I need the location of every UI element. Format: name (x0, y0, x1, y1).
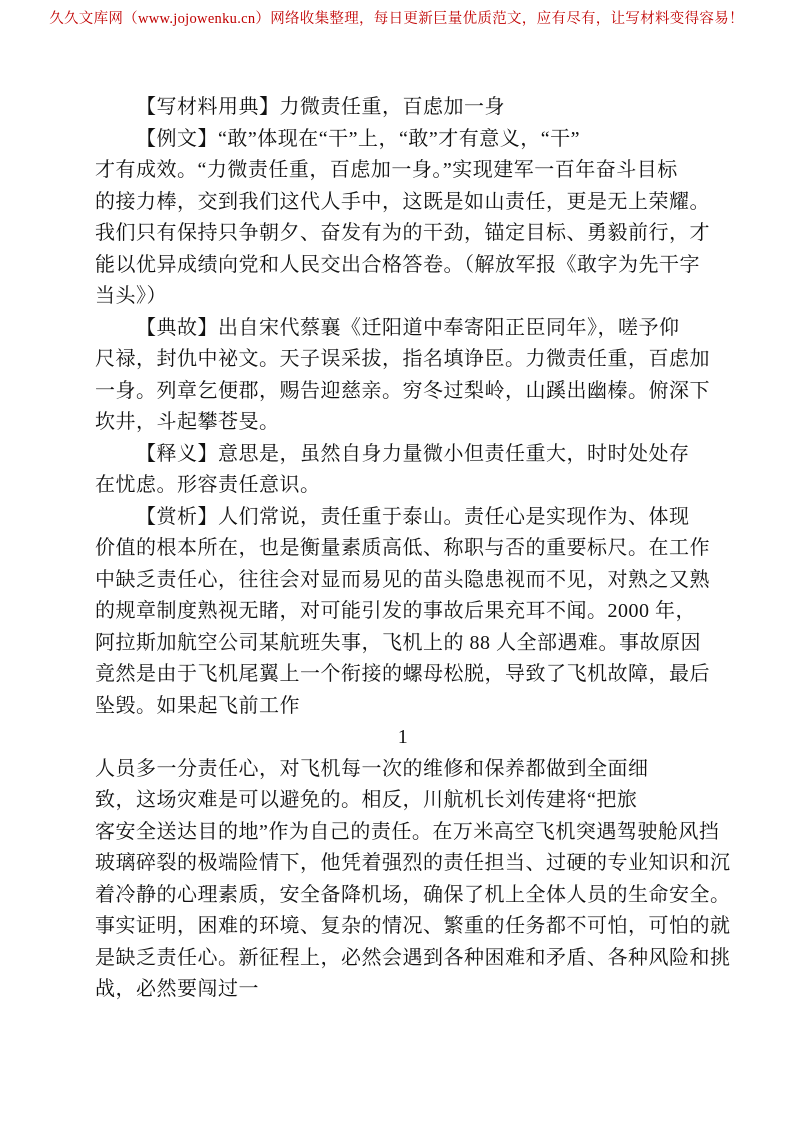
text-line: 的接力棒，交到我们这代人手中，这既是如山责任，更是无上荣耀。 (95, 187, 711, 219)
text-line: 的规章制度熟视无睹，对可能引发的事故后果充耳不闻。2000 年， (95, 596, 711, 628)
text-line: 着冷静的心理素质，安全备降机场，确保了机上全体人员的生命安全。 (95, 880, 711, 912)
text-line: 【典故】出自宋代蔡襄《迁阳道中奉寄阳正臣同年》，嗟予仰 (95, 313, 711, 345)
site-header-watermark: 久久文库网（www.jojowenku.cn）网络收集整理，每日更新巨量优质范文… (0, 7, 793, 28)
text-line: 竟然是由于飞机尾翼上一个衔接的螺母松脱，导致了飞机故障，最后 (95, 659, 711, 691)
text-line: 当头》） (95, 281, 711, 313)
page2-text-block: 人员多一分责任心，对飞机每一次的维修和保养都做到全面细致，这场灾难是可以避免的。… (95, 754, 711, 1006)
text-line: 客安全送达目的地”作为自己的责任。在万米高空飞机突遇驾驶舱风挡 (95, 817, 711, 849)
text-line: 战，必然要闯过一 (95, 974, 711, 1006)
page-number: 1 (95, 722, 711, 754)
page1-text-block: 【写材料用典】力微责任重，百虑加一身【例文】“敢”体现在“干”上，“敢”才有意义… (95, 92, 711, 722)
text-line: 【赏析】人们常说，责任重于泰山。责任心是实现作为、体现 (95, 502, 711, 534)
text-line: 人员多一分责任心，对飞机每一次的维修和保养都做到全面细 (95, 754, 711, 786)
text-line: 【写材料用典】力微责任重，百虑加一身 (95, 92, 711, 124)
text-line: 坠毁。如果起飞前工作 (95, 691, 711, 723)
text-line: 阿拉斯加航空公司某航班失事，飞机上的 88 人全部遇难。事故原因 (95, 628, 711, 660)
text-line: 是缺乏责任心。新征程上，必然会遇到各种困难和矛盾、各种风险和挑 (95, 943, 711, 975)
text-line: 尺禄，封仇中祕文。天子误采拔，指名填诤臣。力微责任重，百虑加 (95, 344, 711, 376)
text-line: 坎井，斗起攀苍旻。 (95, 407, 711, 439)
text-line: 能以优异成绩向党和人民交出合格答卷。（解放军报《敢字为先干字 (95, 250, 711, 282)
text-line: 玻璃碎裂的极端险情下，他凭着强烈的责任担当、过硬的专业知识和沉 (95, 848, 711, 880)
text-line: 事实证明，困难的环境、复杂的情况、繁重的任务都不可怕，可怕的就 (95, 911, 711, 943)
text-line: 在忧虑。形容责任意识。 (95, 470, 711, 502)
text-line: 一身。列章乞便郡，赐告迎慈亲。穷冬过梨岭，山蹊出幽榛。俯深下 (95, 376, 711, 408)
text-line: 致，这场灾难是可以避免的。相反，川航机长刘传建将“把旅 (95, 785, 711, 817)
document-page: 久久文库网（www.jojowenku.cn）网络收集整理，每日更新巨量优质范文… (0, 0, 793, 1122)
text-line: 中缺乏责任心，往往会对显而易见的苗头隐患视而不见，对熟之又熟 (95, 565, 711, 597)
document-body: 【写材料用典】力微责任重，百虑加一身【例文】“敢”体现在“干”上，“敢”才有意义… (95, 92, 711, 1006)
text-line: 【释义】意思是，虽然自身力量微小但责任重大，时时处处存 (95, 439, 711, 471)
text-line: 我们只有保持只争朝夕、奋发有为的干劲，锚定目标、勇毅前行，才 (95, 218, 711, 250)
text-line: 【例文】“敢”体现在“干”上，“敢”才有意义，“干” (95, 124, 711, 156)
text-line: 才有成效。“力微责任重，百虑加一身。”实现建军一百年奋斗目标 (95, 155, 711, 187)
text-line: 价值的根本所在，也是衡量素质高低、称职与否的重要标尺。在工作 (95, 533, 711, 565)
